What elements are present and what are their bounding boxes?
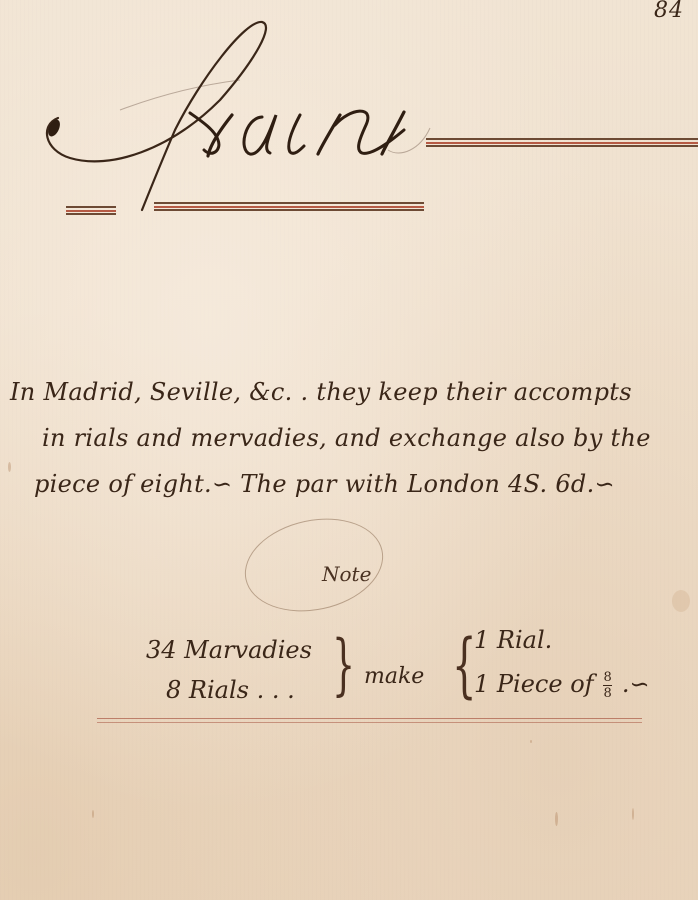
- opening-brace-icon: {: [452, 630, 477, 700]
- foxing-spot: [530, 740, 532, 743]
- heading-rule-right: [426, 138, 698, 147]
- paragraph-line-3: piece of eight.∽ The par with London 4S.…: [34, 470, 615, 498]
- foxing-spot: [632, 808, 634, 820]
- foxing-spot: [8, 462, 11, 472]
- heading-rule-under: [154, 202, 424, 211]
- table-connector: make: [364, 664, 424, 689]
- manuscript-page: 84 Spain In Madrid, Seville, &c. . they …: [0, 0, 698, 900]
- foxing-spot: [92, 810, 94, 818]
- heading-rule-short: [66, 206, 116, 215]
- table-left-item-1: 34 Marvadies: [146, 636, 312, 664]
- bottom-rule: [97, 718, 642, 724]
- table-right-item-1: 1 Rial.: [474, 626, 552, 654]
- foxing-spot: [672, 590, 690, 612]
- fraction: 8 8: [603, 671, 612, 700]
- paragraph-line-1: In Madrid, Seville, &c. . they keep thei…: [10, 378, 632, 406]
- note-label: Note: [322, 562, 371, 586]
- closing-brace-icon: }: [332, 632, 355, 698]
- table-left-item-2: 8 Rials . . .: [166, 676, 295, 704]
- foxing-spot: [555, 812, 558, 826]
- folio-number: 84: [654, 0, 684, 23]
- fraction-numerator: 8: [603, 671, 612, 684]
- table-right-item-2-text: 1 Piece of: [474, 670, 594, 698]
- fraction-suffix: .∽: [622, 670, 650, 698]
- paragraph-line-2: in rials and mervadies, and exchange als…: [42, 424, 651, 452]
- fraction-denominator: 8: [603, 687, 612, 700]
- table-right-item-2: 1 Piece of 8 8 .∽: [474, 670, 650, 700]
